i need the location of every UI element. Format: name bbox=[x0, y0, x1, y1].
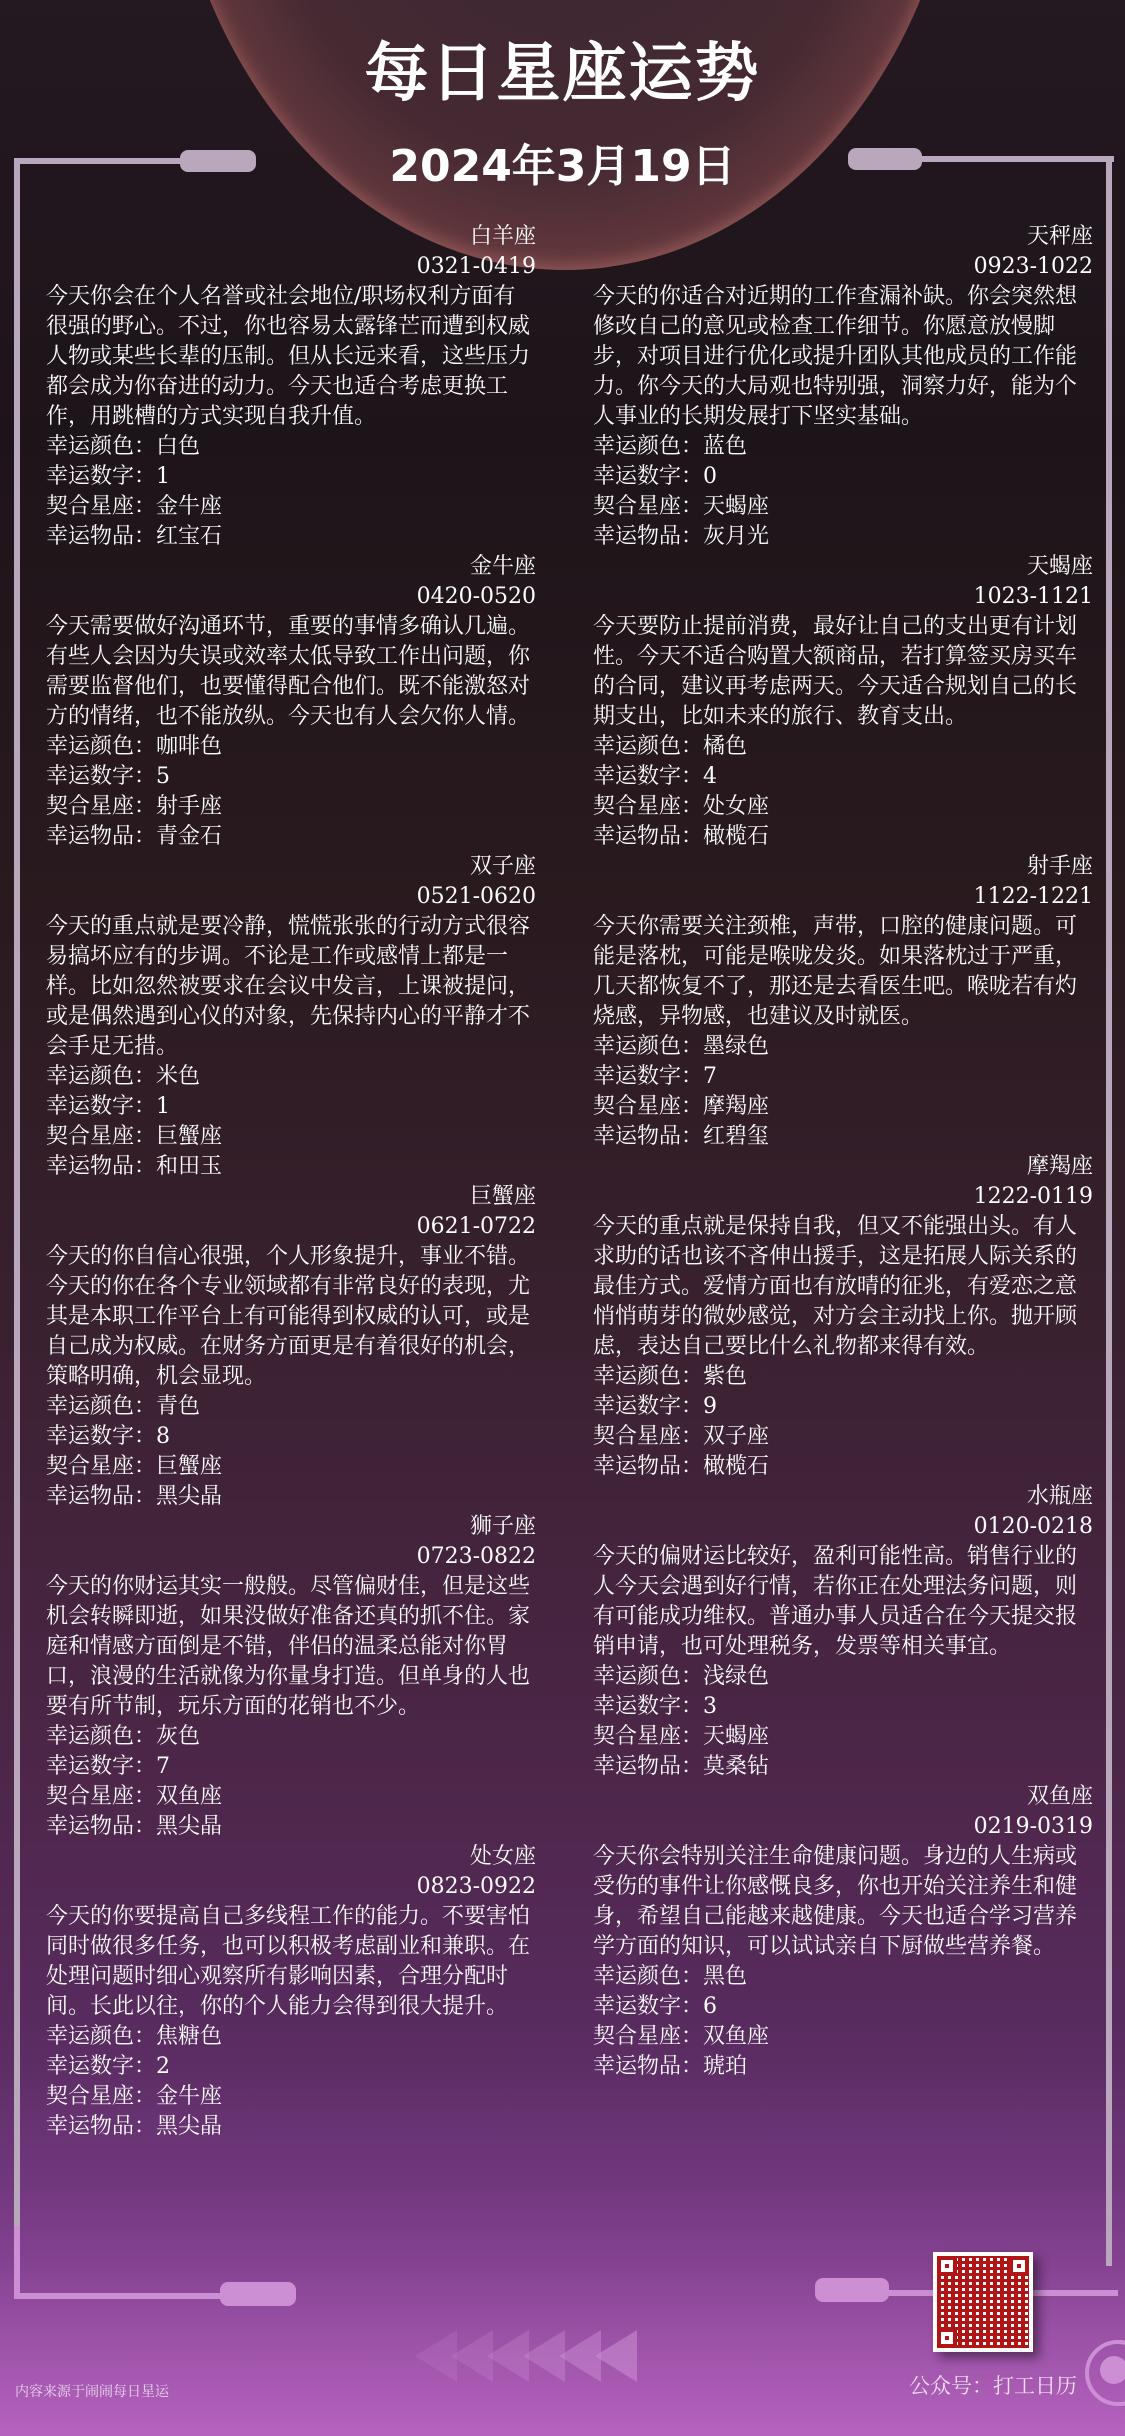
qr-code-icon[interactable] bbox=[933, 2252, 1033, 2352]
lucky-number-row: 幸运数字：2 bbox=[46, 2052, 536, 2082]
content-source-credit: 内容来源于闹闹每日星运 bbox=[15, 2381, 169, 2401]
lucky-item-row: 幸运物品：灰月光 bbox=[593, 522, 1093, 552]
right-column: 天秤座 0923-1022 今天的你适合对近期的工作查漏补缺。你会突然想修改自己… bbox=[593, 222, 1093, 2082]
sign-date-range: 0621-0722 bbox=[46, 1212, 536, 1242]
sign-description: 今天的你适合对近期的工作查漏补缺。你会突然想修改自己的意见或检查工作细节。你愿意… bbox=[593, 282, 1093, 432]
lucky-item-row: 幸运物品：橄榄石 bbox=[593, 1452, 1093, 1482]
match-sign-row: 契合星座：金牛座 bbox=[46, 2082, 536, 2112]
frame-bottom-left bbox=[14, 2226, 20, 2296]
lucky-item-row: 幸运物品：莫桑钻 bbox=[593, 1752, 1093, 1782]
lucky-number-row: 幸运数字：0 bbox=[593, 462, 1093, 492]
sign-description: 今天要防止提前消费，最好让自己的支出更有计划性。今天不适合购置大额商品，若打算签… bbox=[593, 612, 1093, 732]
sign-date-range: 0823-0922 bbox=[46, 1872, 536, 1902]
qr-finder-icon bbox=[1009, 2256, 1029, 2276]
lucky-item-row: 幸运物品：红碧玺 bbox=[593, 1122, 1093, 1152]
lucky-number-row: 幸运数字：7 bbox=[46, 1752, 536, 1782]
lucky-number-row: 幸运数字：1 bbox=[46, 1092, 536, 1122]
match-sign-row: 契合星座：双鱼座 bbox=[593, 2022, 1093, 2052]
match-sign-row: 契合星座：天蝎座 bbox=[593, 1722, 1093, 1752]
sign-card-sagittarius: 射手座 1122-1221 今天你需要关注颈椎，声带，口腔的健康问题。可能是落枕… bbox=[593, 852, 1093, 1152]
lucky-number-row: 幸运数字：3 bbox=[593, 1692, 1093, 1722]
official-account-label: 公众号：打工日历 bbox=[909, 2370, 1077, 2400]
sign-card-aquarius: 水瓶座 0120-0218 今天的偏财运比较好，盈利可能性高。销售行业的人今天会… bbox=[593, 1482, 1093, 1782]
sign-date-range: 0723-0822 bbox=[46, 1542, 536, 1572]
frame-bottom-left-h bbox=[14, 2293, 224, 2299]
lucky-color-row: 幸运颜色：黑色 bbox=[593, 1962, 1093, 1992]
decorative-arrows bbox=[415, 2330, 631, 2382]
sign-card-capricorn: 摩羯座 1222-0119 今天的重点就是保持自我，但又不能强出头。有人求助的话… bbox=[593, 1152, 1093, 1482]
frame-right bbox=[1106, 156, 1112, 2266]
lucky-number-row: 幸运数字：1 bbox=[46, 462, 536, 492]
sign-description: 今天需要做好沟通环节，重要的事情多确认几遍。有些人会因为失误或效率太低导致工作出… bbox=[46, 612, 536, 732]
sign-date-range: 0120-0218 bbox=[593, 1512, 1093, 1542]
sign-date-range: 0923-1022 bbox=[593, 252, 1093, 282]
sign-description: 今天的偏财运比较好，盈利可能性高。销售行业的人今天会遇到好行情，若你正在处理法务… bbox=[593, 1542, 1093, 1662]
lucky-color-row: 幸运颜色：咖啡色 bbox=[46, 732, 536, 762]
lucky-number-row: 幸运数字：5 bbox=[46, 762, 536, 792]
frame-pill-bottom-left bbox=[220, 2282, 296, 2306]
match-sign-row: 契合星座：金牛座 bbox=[46, 492, 536, 522]
sign-card-taurus: 金牛座 0420-0520 今天需要做好沟通环节，重要的事情多确认几遍。有些人会… bbox=[46, 552, 536, 852]
sign-name: 摩羯座 bbox=[593, 1152, 1093, 1182]
sign-date-range: 0420-0520 bbox=[46, 582, 536, 612]
sign-description: 今天你会特别关注生命健康问题。身边的人生病或受伤的事件让你感慨良多，你也开始关注… bbox=[593, 1842, 1093, 1962]
lucky-number-row: 幸运数字：7 bbox=[593, 1062, 1093, 1092]
lucky-color-row: 幸运颜色：紫色 bbox=[593, 1362, 1093, 1392]
sign-name: 水瓶座 bbox=[593, 1482, 1093, 1512]
sign-name: 巨蟹座 bbox=[46, 1182, 536, 1212]
sign-description: 今天的你财运其实一般般。尽管偏财佳，但是这些机会转瞬即逝，如果没做好准备还真的抓… bbox=[46, 1572, 536, 1722]
lucky-color-row: 幸运颜色：米色 bbox=[46, 1062, 536, 1092]
match-sign-row: 契合星座：巨蟹座 bbox=[46, 1122, 536, 1152]
sign-date-range: 0219-0319 bbox=[593, 1812, 1093, 1842]
sign-card-pisces: 双鱼座 0219-0319 今天你会特别关注生命健康问题。身边的人生病或受伤的事… bbox=[593, 1782, 1093, 2082]
lucky-number-row: 幸运数字：6 bbox=[593, 1992, 1093, 2022]
lucky-item-row: 幸运物品：和田玉 bbox=[46, 1152, 536, 1182]
sign-name: 狮子座 bbox=[46, 1512, 536, 1542]
lucky-item-row: 幸运物品：红宝石 bbox=[46, 522, 536, 552]
match-sign-row: 契合星座：巨蟹座 bbox=[46, 1452, 536, 1482]
arrow-left-icon bbox=[559, 2330, 601, 2382]
match-sign-row: 契合星座：天蝎座 bbox=[593, 492, 1093, 522]
lucky-color-row: 幸运颜色：墨绿色 bbox=[593, 1032, 1093, 1062]
sign-card-virgo: 处女座 0823-0922 今天的你要提高自己多线程工作的能力。不要害怕同时做很… bbox=[46, 1842, 536, 2142]
lucky-item-row: 幸运物品：橄榄石 bbox=[593, 822, 1093, 852]
left-column: 白羊座 0321-0419 今天你会在个人名誉或社会地位/职场权利方面有很强的野… bbox=[46, 222, 536, 2142]
sign-description: 今天的重点就是保持自我，但又不能强出头。有人求助的话也该不吝伸出援手，这是拓展人… bbox=[593, 1212, 1093, 1362]
match-sign-row: 契合星座：处女座 bbox=[593, 792, 1093, 822]
qr-code-pattern bbox=[937, 2256, 1029, 2348]
sign-card-aries: 白羊座 0321-0419 今天你会在个人名誉或社会地位/职场权利方面有很强的野… bbox=[46, 222, 536, 552]
match-sign-row: 契合星座：双鱼座 bbox=[46, 1782, 536, 1812]
sign-date-range: 1222-0119 bbox=[593, 1182, 1093, 1212]
match-sign-row: 契合星座：双子座 bbox=[593, 1422, 1093, 1452]
qr-finder-icon bbox=[937, 2328, 957, 2348]
qr-finder-icon bbox=[937, 2256, 957, 2276]
lucky-number-row: 幸运数字：8 bbox=[46, 1422, 536, 1452]
sign-name: 天秤座 bbox=[593, 222, 1093, 252]
sign-description: 今天的重点就是要冷静，慌慌张张的行动方式很容易搞坏应有的步调。不论是工作或感情上… bbox=[46, 912, 536, 1062]
lucky-color-row: 幸运颜色：浅绿色 bbox=[593, 1662, 1093, 1692]
frame-left bbox=[14, 158, 20, 2248]
match-sign-row: 契合星座：摩羯座 bbox=[593, 1092, 1093, 1122]
lucky-color-row: 幸运颜色：蓝色 bbox=[593, 432, 1093, 462]
sign-name: 射手座 bbox=[593, 852, 1093, 882]
target-dot-icon bbox=[1100, 2356, 1125, 2384]
sign-description: 今天的你自信心很强，个人形象提升，事业不错。今天的你在各个专业领域都有非常良好的… bbox=[46, 1242, 536, 1392]
frame-pill-bottom-right bbox=[815, 2278, 889, 2302]
sign-name: 双子座 bbox=[46, 852, 536, 882]
lucky-number-row: 幸运数字：9 bbox=[593, 1392, 1093, 1422]
sign-description: 今天你会在个人名誉或社会地位/职场权利方面有很强的野心。不过，你也容易太露锋芒而… bbox=[46, 282, 536, 432]
lucky-item-row: 幸运物品：黑尖晶 bbox=[46, 2112, 536, 2142]
sign-name: 天蝎座 bbox=[593, 552, 1093, 582]
sign-card-cancer: 巨蟹座 0621-0722 今天的你自信心很强，个人形象提升，事业不错。今天的你… bbox=[46, 1182, 536, 1512]
sign-date-range: 1023-1121 bbox=[593, 582, 1093, 612]
sign-description: 今天你需要关注颈椎，声带，口腔的健康问题。可能是落枕，可能是喉咙发炎。如果落枕过… bbox=[593, 912, 1093, 1032]
arrow-left-icon bbox=[595, 2330, 637, 2382]
lucky-item-row: 幸运物品：黑尖晶 bbox=[46, 1482, 536, 1512]
sign-date-range: 0321-0419 bbox=[46, 252, 536, 282]
page-title: 每日星座运势 bbox=[0, 22, 1125, 114]
sign-name: 金牛座 bbox=[46, 552, 536, 582]
lucky-color-row: 幸运颜色：白色 bbox=[46, 432, 536, 462]
lucky-item-row: 幸运物品：青金石 bbox=[46, 822, 536, 852]
sign-card-gemini: 双子座 0521-0620 今天的重点就是要冷静，慌慌张张的行动方式很容易搞坏应… bbox=[46, 852, 536, 1182]
sign-name: 处女座 bbox=[46, 1842, 536, 1872]
sign-date-range: 1122-1221 bbox=[593, 882, 1093, 912]
sign-date-range: 0521-0620 bbox=[46, 882, 536, 912]
lucky-item-row: 幸运物品：黑尖晶 bbox=[46, 1812, 536, 1842]
sign-card-libra: 天秤座 0923-1022 今天的你适合对近期的工作查漏补缺。你会突然想修改自己… bbox=[593, 222, 1093, 552]
page-date: 2024年3月19日 bbox=[0, 130, 1125, 194]
lucky-number-row: 幸运数字：4 bbox=[593, 762, 1093, 792]
sign-name: 白羊座 bbox=[46, 222, 536, 252]
lucky-color-row: 幸运颜色：灰色 bbox=[46, 1722, 536, 1752]
lucky-color-row: 幸运颜色：橘色 bbox=[593, 732, 1093, 762]
sign-name: 双鱼座 bbox=[593, 1782, 1093, 1812]
sign-description: 今天的你要提高自己多线程工作的能力。不要害怕同时做很多任务，也可以积极考虑副业和… bbox=[46, 1902, 536, 2022]
lucky-color-row: 幸运颜色：焦糖色 bbox=[46, 2022, 536, 2052]
match-sign-row: 契合星座：射手座 bbox=[46, 792, 536, 822]
lucky-color-row: 幸运颜色：青色 bbox=[46, 1392, 536, 1422]
lucky-item-row: 幸运物品：琥珀 bbox=[593, 2052, 1093, 2082]
sign-card-scorpio: 天蝎座 1023-1121 今天要防止提前消费，最好让自己的支出更有计划性。今天… bbox=[593, 552, 1093, 852]
sign-card-leo: 狮子座 0723-0822 今天的你财运其实一般般。尽管偏财佳，但是这些机会转瞬… bbox=[46, 1512, 536, 1842]
